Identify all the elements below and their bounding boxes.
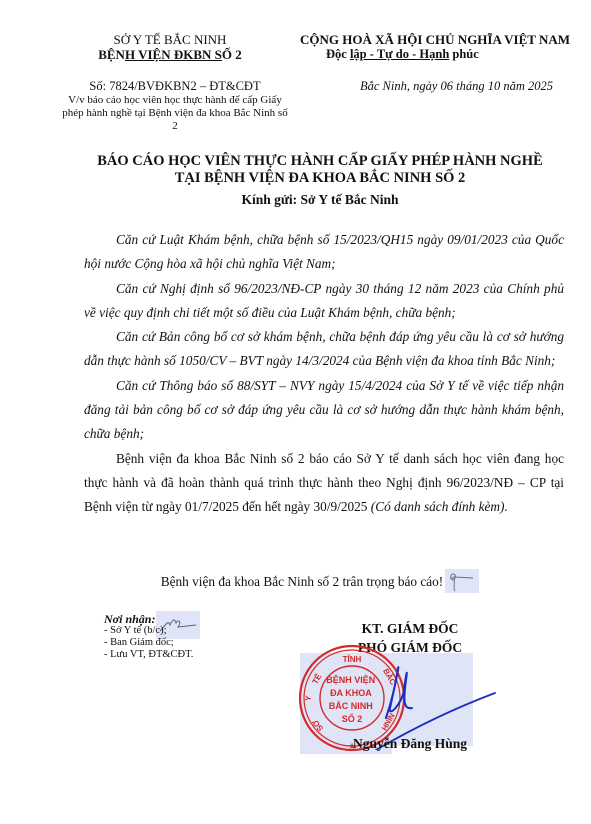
report-paragraph: Bệnh viện đa khoa Bắc Ninh số 2 báo cáo … — [84, 447, 564, 520]
signer-title: KT. GIÁM ĐỐC — [300, 621, 520, 637]
legal-basis-4: Căn cứ Thông báo số 88/SYT – NVY ngày 15… — [84, 374, 564, 447]
report-title: BÁO CÁO HỌC VIÊN THỰC HÀNH CẤP GIẤY PHÉP… — [60, 153, 580, 170]
legal-basis-1: Căn cứ Luật Khám bệnh, chữa bệnh số 15/2… — [84, 228, 564, 277]
document-subject: V/v báo cáo học viên học thực hành để cấ… — [60, 94, 290, 133]
recipients-heading: Nơi nhận: — [104, 613, 284, 625]
report-title-line2: TẠI BỆNH VIỆN ĐA KHOA BẮC NINH SỐ 2 — [60, 170, 580, 187]
recipients-list: Nơi nhận: - Sở Y tế (b/c); - Ban Giám đố… — [104, 613, 284, 661]
issuer-header: SỞ Y TẾ BẮC NINH BỆNH VIỆN ĐKBN SỐ 2 — [80, 32, 260, 62]
hospital-name: BỆNH VIỆN ĐKBN SỐ 2 — [80, 47, 260, 62]
closing-line: Bệnh viện đa khoa Bắc Ninh số 2 trân trọ… — [120, 571, 520, 595]
date-line: Bắc Ninh, ngày 06 tháng 10 năm 2025 — [360, 79, 580, 94]
recipient-item: - Lưu VT, ĐT&CĐT. — [104, 649, 284, 661]
national-motto: Độc lập - Tự do - Hạnh phúc — [290, 47, 591, 62]
legal-basis-2: Căn cứ Nghị định số 96/2023/NĐ-CP ngày 3… — [84, 277, 564, 326]
recipient-line: Kính gửi: Sở Y tế Bắc Ninh — [60, 192, 580, 208]
svg-text:Y: Y — [304, 694, 314, 701]
recipient-item: - Sở Y tế (b/c); — [104, 625, 284, 637]
nation-name: CỘNG HOÀ XÃ HỘI CHỦ NGHĨA VIỆT NAM — [290, 32, 591, 47]
signer-name: Nguyễn Đăng Hùng — [300, 736, 520, 752]
agency-name: SỞ Y TẾ BẮC NINH — [80, 32, 260, 47]
svg-text:TẾ: TẾ — [310, 671, 324, 685]
initial-signature-icon — [445, 569, 479, 593]
national-header: CỘNG HOÀ XÃ HỘI CHỦ NGHĨA VIỆT NAM Độc l… — [290, 32, 591, 62]
recipient-item: - Ban Giám đốc; — [104, 637, 284, 649]
legal-basis-3: Căn cứ Bản công bố cơ sở khám bệnh, chữa… — [84, 325, 564, 374]
document-body: Căn cứ Luật Khám bệnh, chữa bệnh số 15/2… — [84, 228, 564, 520]
document-number: Số: 7824/BVĐKBN2 – ĐT&CĐT — [60, 79, 290, 94]
